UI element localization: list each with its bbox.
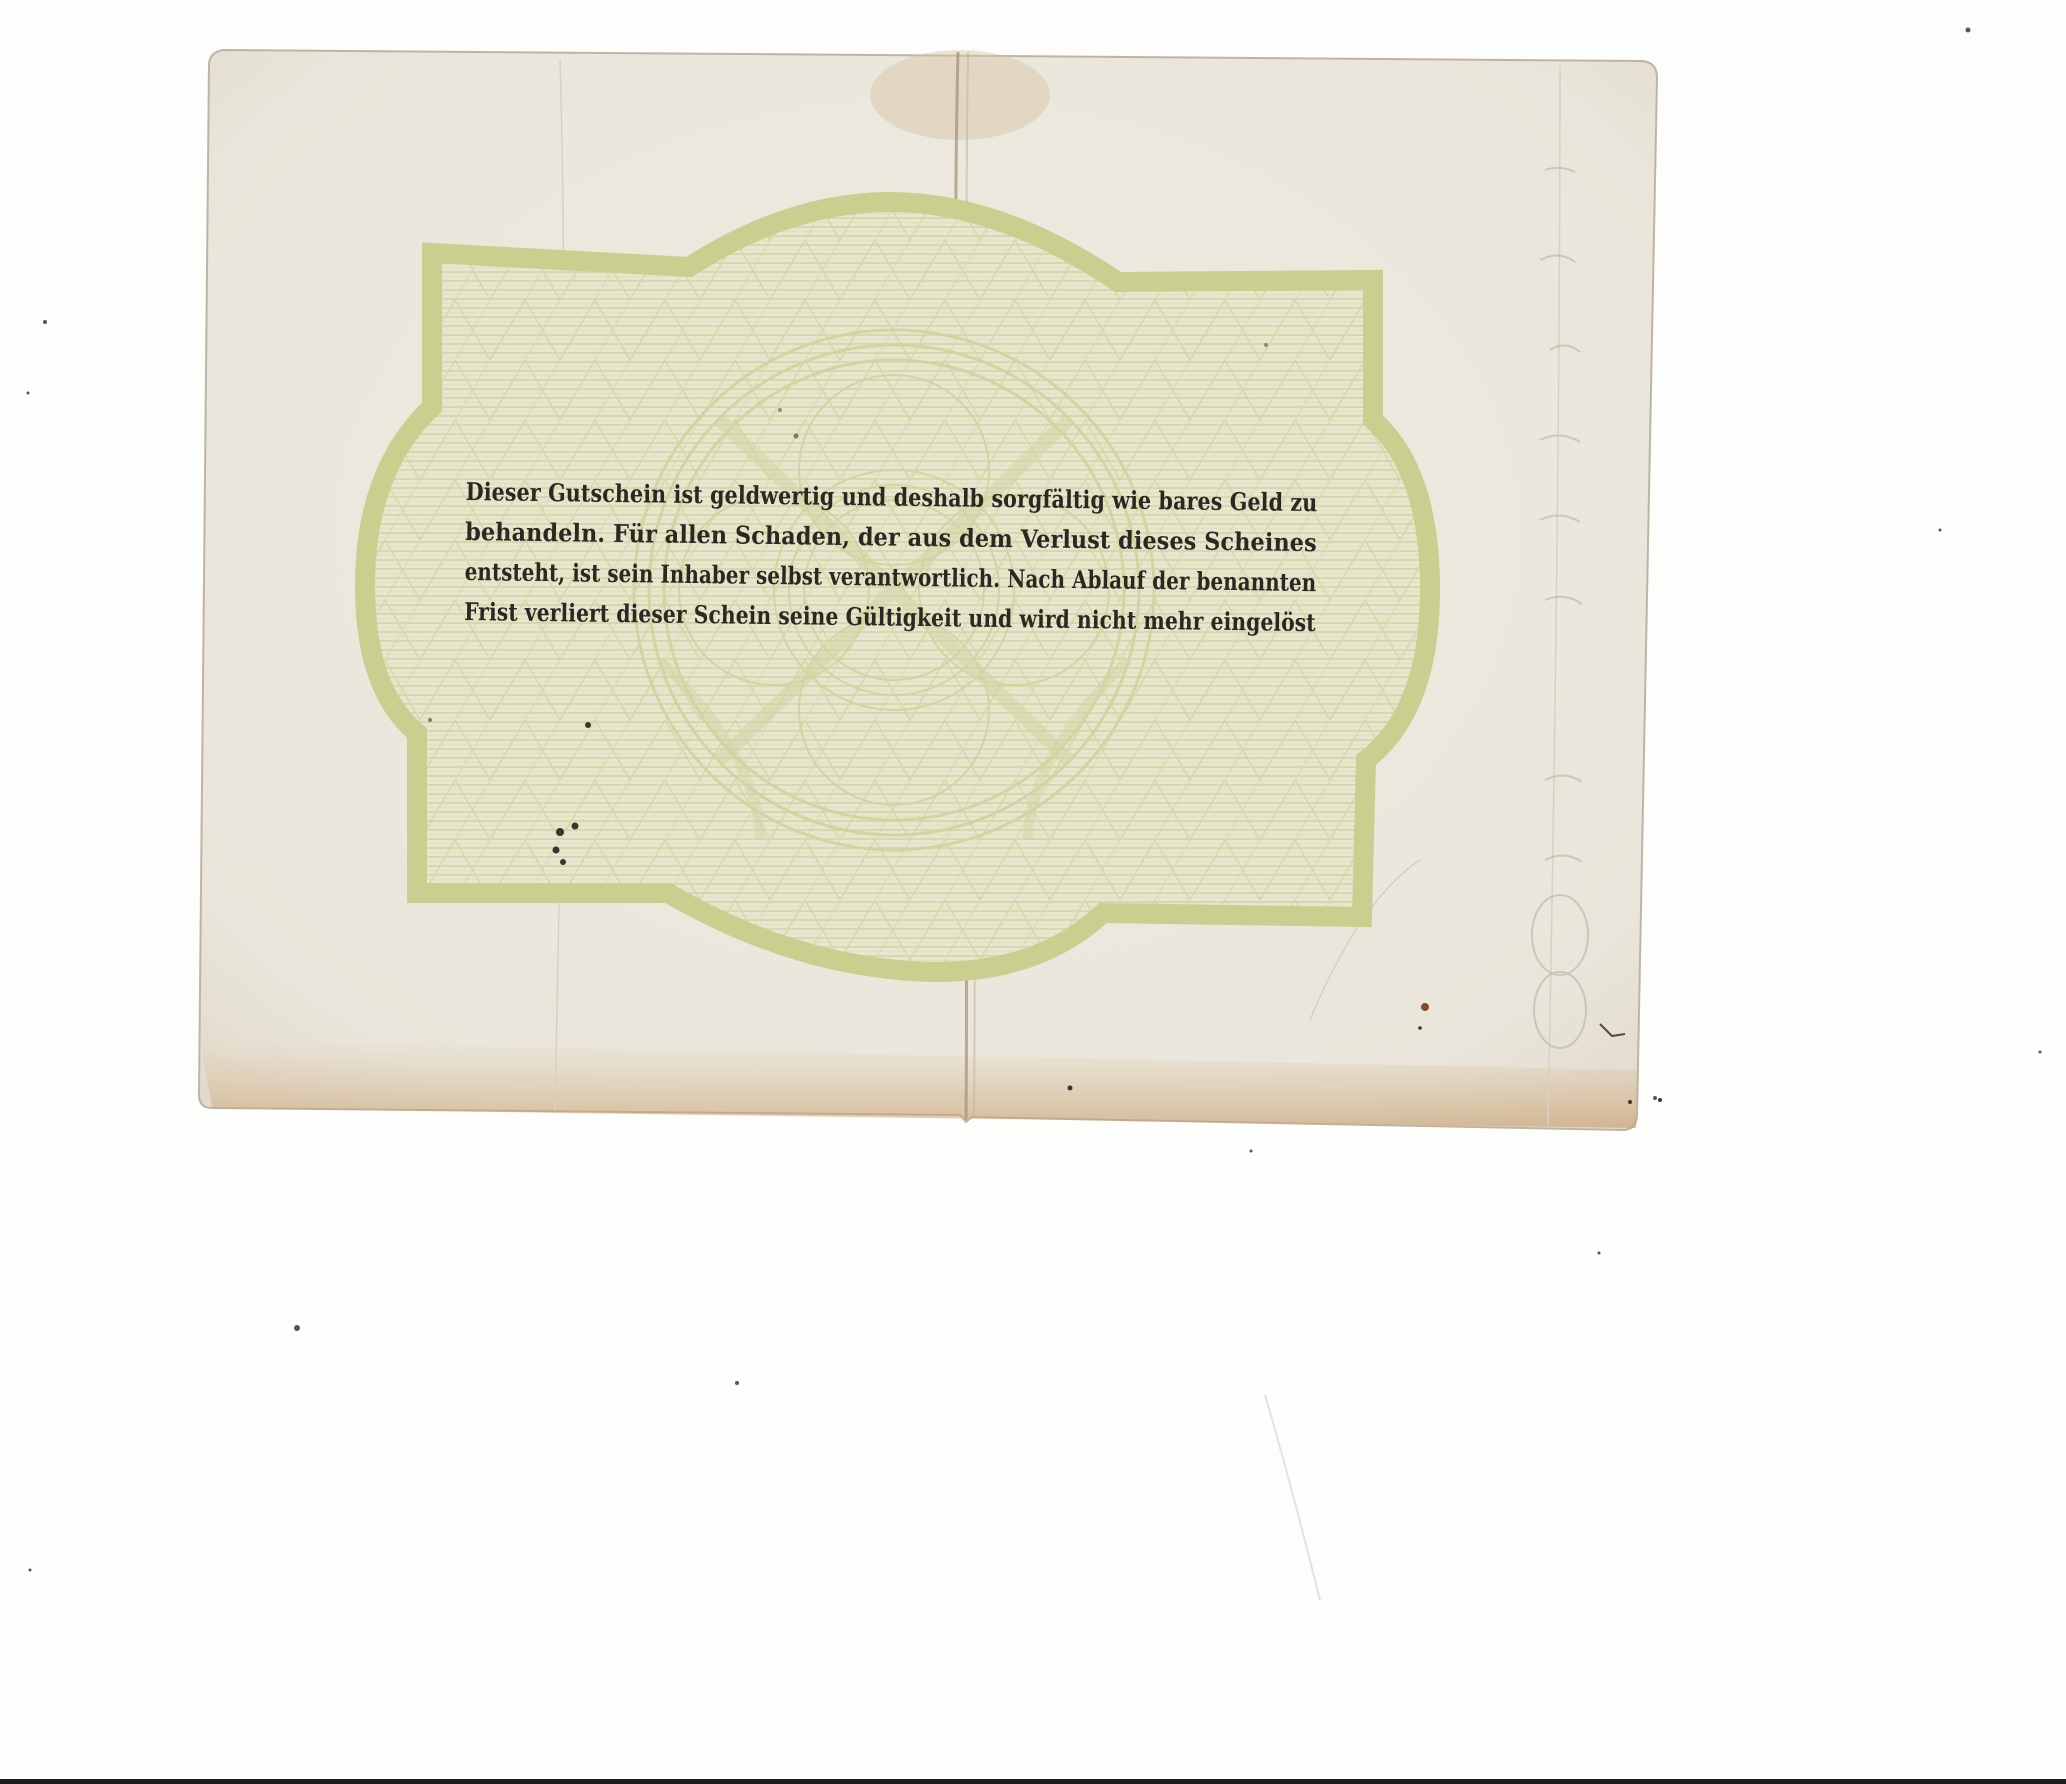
scanned-image — [0, 0, 2066, 1784]
inscription-text: Dieser Gutschein ist geldwertig und desh… — [464, 472, 1318, 643]
scan-edge-bar — [0, 1779, 2066, 1784]
